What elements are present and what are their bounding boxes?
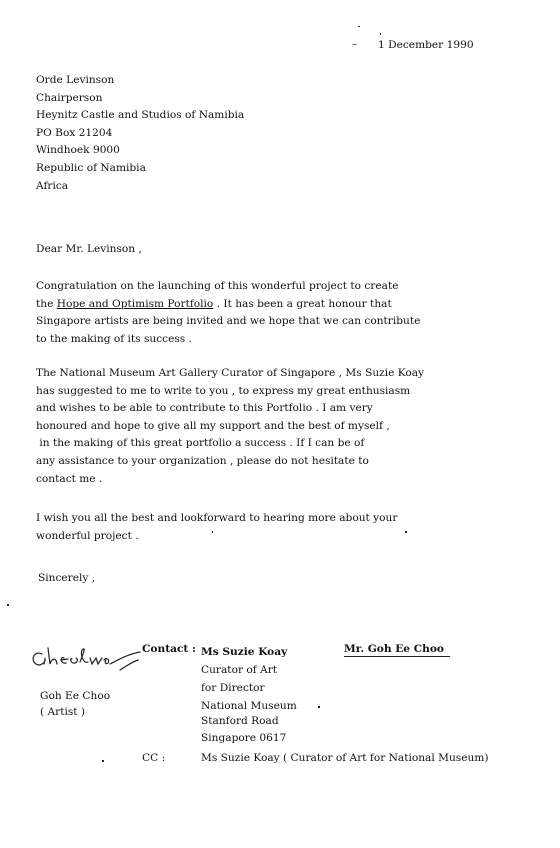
date-mark: – xyxy=(352,39,357,50)
paragraph-1-line: Singapore artists are being invited and … xyxy=(36,313,420,331)
recipient-name: Orde Levinson xyxy=(36,72,244,90)
paragraph-1-line: the Hope and Optimism Portfolio . It has… xyxy=(36,296,420,314)
contact-block: Ms Suzie Koay Curator of Art for Directo… xyxy=(201,643,297,747)
paragraph-3: I wish you all the best and lookforward … xyxy=(36,510,397,545)
scan-speck xyxy=(212,531,213,533)
paragraph-2-line: has suggested to me to write to you , to… xyxy=(36,383,424,401)
closing: Sincerely , xyxy=(38,572,95,584)
text-fragment: the xyxy=(36,298,57,310)
paragraph-2-line: any assistance to your organization , pl… xyxy=(36,453,424,471)
paragraph-2-line: The National Museum Art Gallery Curator … xyxy=(36,365,424,383)
paragraph-2: The National Museum Art Gallery Curator … xyxy=(36,365,424,488)
signer-role: ( Artist ) xyxy=(40,706,85,718)
contact-title: Curator of Art xyxy=(201,661,297,679)
scan-speck xyxy=(7,604,9,606)
scan-speck xyxy=(318,706,320,708)
letter-date: 1 December 1990 xyxy=(378,39,474,51)
paragraph-2-line: contact me . xyxy=(36,471,424,489)
paragraph-3-line: wonderful project . xyxy=(36,528,397,546)
paragraph-2-line: in the making of this great portfolio a … xyxy=(36,435,424,453)
paragraph-1: Congratulation on the launching of this … xyxy=(36,278,420,348)
text-fragment: . It has been a great honour that xyxy=(213,298,391,310)
portfolio-title: Hope and Optimism Portfolio xyxy=(57,298,214,310)
recipient-continent: Africa xyxy=(36,178,244,196)
signer-name: Goh Ee Choo xyxy=(40,690,110,702)
recipient-country: Republic of Namibia xyxy=(36,160,244,178)
scan-speck xyxy=(405,531,407,533)
contact-city: Singapore 0617 xyxy=(201,729,297,747)
contact-label: Contact : xyxy=(142,643,196,655)
paragraph-1-line: Congratulation on the launching of this … xyxy=(36,278,420,296)
sender-name: Mr. Goh Ee Choo xyxy=(344,643,450,657)
scan-speck xyxy=(358,26,360,27)
recipient-address: Orde Levinson Chairperson Heynitz Castle… xyxy=(36,72,244,195)
recipient-city: Windhoek 9000 xyxy=(36,142,244,160)
paragraph-2-line: honoured and hope to give all my support… xyxy=(36,418,424,436)
recipient-title: Chairperson xyxy=(36,90,244,108)
scan-speck xyxy=(380,33,381,35)
contact-street: Stanford Road xyxy=(201,713,297,729)
contact-organization: National Museum xyxy=(201,699,297,713)
recipient-organization: Heynitz Castle and Studios of Namibia xyxy=(36,107,244,125)
paragraph-2-line: and wishes to be able to contribute to t… xyxy=(36,400,424,418)
contact-name: Ms Suzie Koay xyxy=(201,643,297,661)
paragraph-1-line: to the making of its success . xyxy=(36,331,420,349)
paragraph-3-line: I wish you all the best and lookforward … xyxy=(36,510,397,528)
scan-speck xyxy=(102,760,104,762)
cc-label: CC : xyxy=(142,752,165,764)
contact-subtitle: for Director xyxy=(201,679,297,697)
cc-value: Ms Suzie Koay ( Curator of Art for Natio… xyxy=(201,752,489,764)
salutation: Dear Mr. Levinson , xyxy=(36,243,142,255)
recipient-po-box: PO Box 21204 xyxy=(36,125,244,143)
